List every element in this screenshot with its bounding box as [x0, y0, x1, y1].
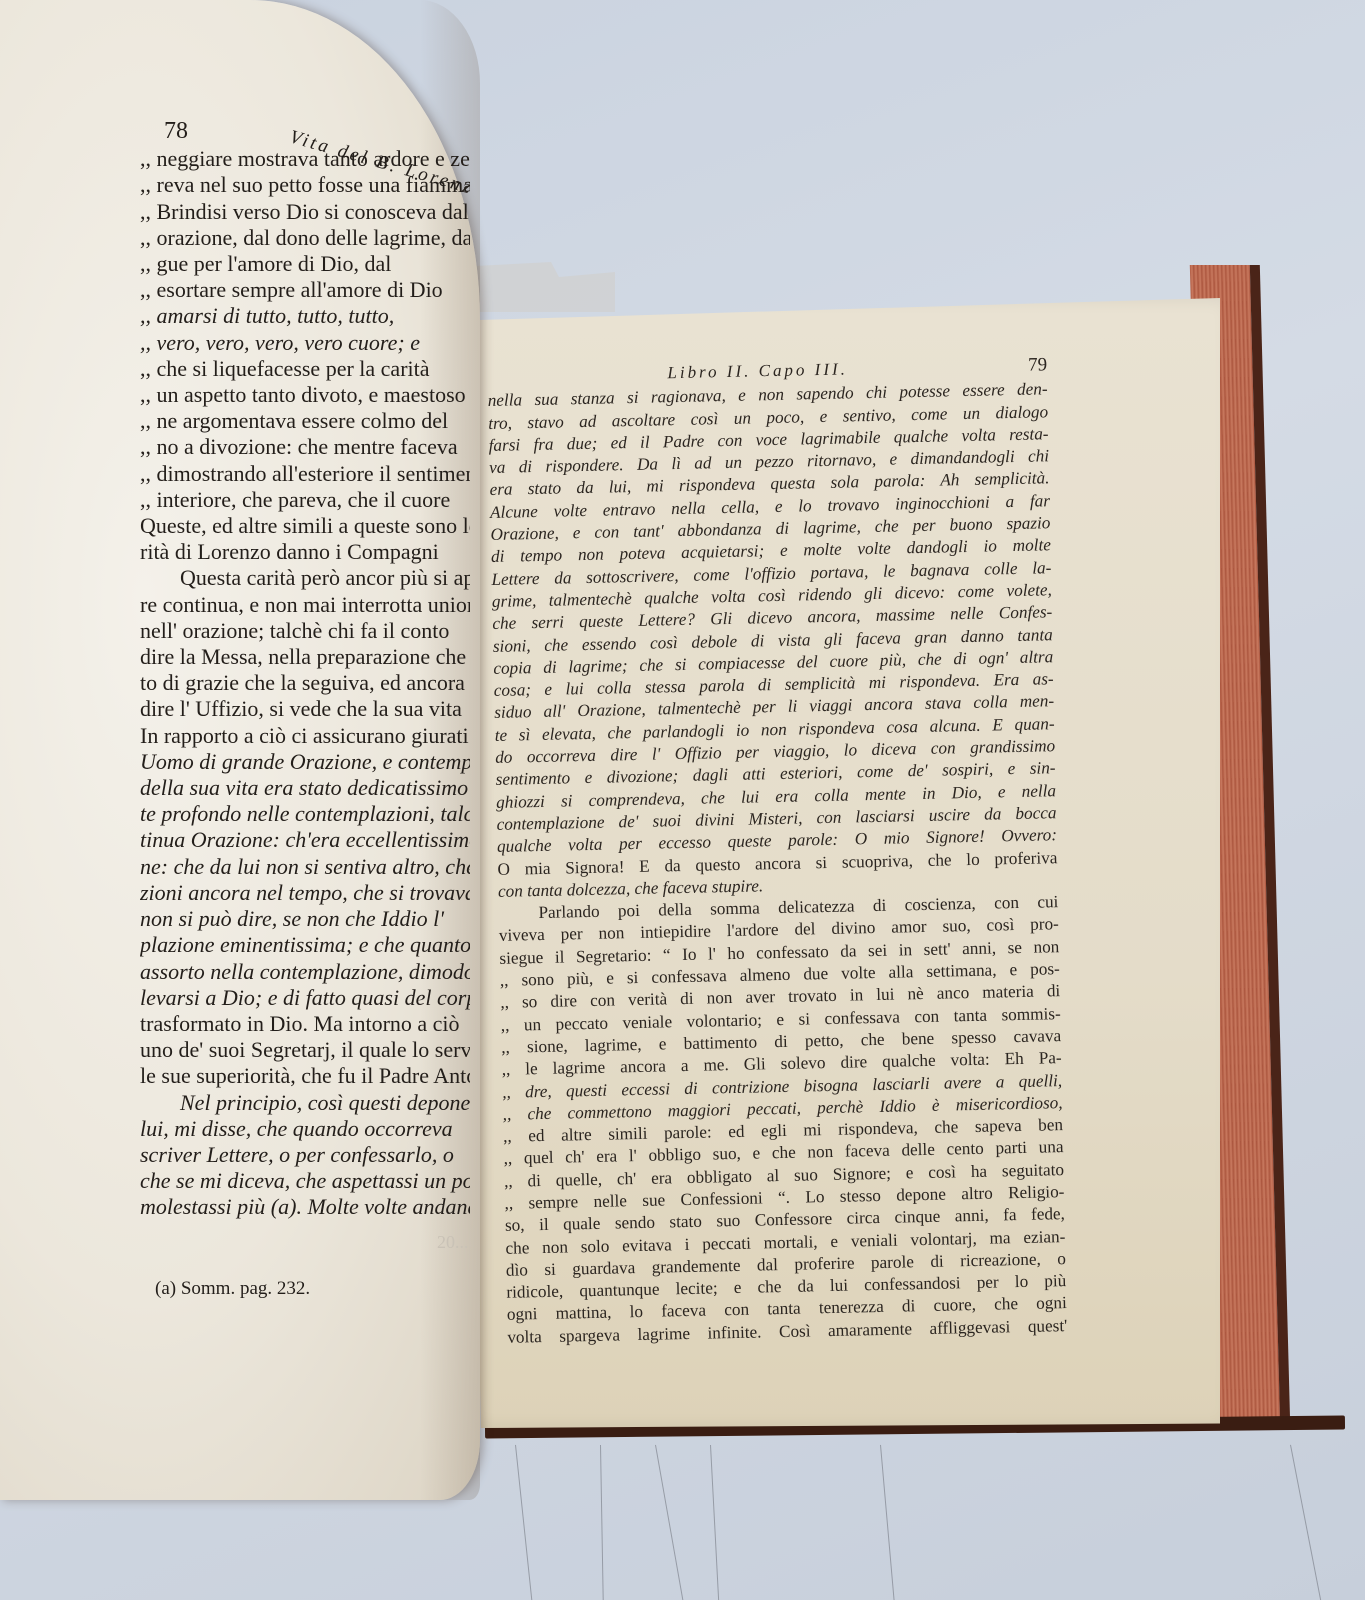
text-line: ,, interiore, che pareva, che il cuore	[140, 487, 470, 513]
text-line: ne: che da lui non si sentiva altro, che	[140, 854, 470, 880]
text-line: molestassi più (a). Molte volte andando	[140, 1194, 470, 1220]
text-line: dire l' Uffizio, si vede che la sua vita	[140, 696, 470, 722]
text-line: scriver Lettere, o per confessarlo, o	[140, 1142, 470, 1168]
left-page-text: 78 Vita del B. Lorenzo ,, neggiare mostr…	[140, 118, 470, 1318]
text-line: ,, no a divozione: che mentre faceva	[140, 434, 470, 460]
text-line: ,, che si liquefacesse per la carità	[140, 356, 470, 382]
table-seam-line	[655, 1445, 684, 1600]
text-line: Questa carità però ancor più si appale-	[140, 565, 470, 591]
text-line: ,, Brindisi verso Dio si conosceva dal	[140, 199, 470, 225]
page-number: 79	[1028, 354, 1047, 377]
text-line: ,, vero, vero, vero, vero cuore; e	[140, 330, 470, 356]
table-seam-line	[515, 1445, 533, 1600]
text-line: uno de' suoi Segretarj, il quale lo serv…	[140, 1037, 470, 1063]
footnote: (a) Somm. pag. 232.	[155, 1278, 310, 1300]
text-line: to di grazie che la seguiva, ed ancora n…	[140, 670, 470, 696]
text-line: plazione eminentissima; e che quanto	[140, 932, 470, 958]
text-line: della sua vita era stato dedicatissimo a…	[140, 775, 470, 801]
text-line: rità di Lorenzo danno i Compagni	[140, 539, 470, 565]
text-line: tinua Orazione: ch'era eccellentissimo	[140, 827, 470, 853]
table-seam-line	[1290, 1445, 1322, 1600]
text-line: ,, esortare sempre all'amore di Dio	[140, 277, 470, 303]
text-line: lui, mi disse, che quando occorreva	[140, 1116, 470, 1142]
table-seam-line	[600, 1445, 604, 1600]
text-line: ,, un aspetto tanto divoto, e maestoso	[140, 382, 470, 408]
text-line: ,, ne argomentava essere colmo del	[140, 408, 470, 434]
pencil-annotation: 20...	[437, 1232, 469, 1253]
table-seam-line	[880, 1445, 895, 1600]
text-line: te profondo nelle contemplazioni, talchè	[140, 801, 470, 827]
text-line: zioni ancora nel tempo, che si trovava	[140, 880, 470, 906]
text-line: le sue superiorità, che fu il Padre Anto…	[140, 1063, 470, 1089]
text-line: Queste, ed altre simili a queste sono le	[140, 513, 470, 539]
text-line: Nel principio, così questi depone,	[140, 1090, 470, 1116]
text-line: dire la Messa, nella preparazione che la	[140, 644, 470, 670]
right-page-text: Libro II. Capo III. 79 nella sua stanza …	[487, 354, 1067, 1349]
text-line: ,, amarsi di tutto, tutto, tutto,	[140, 303, 470, 329]
text-line: ,, gue per l'amore di Dio, dal	[140, 251, 470, 277]
text-line: non si può dire, se non che Iddio l'	[140, 906, 470, 932]
text-line: che se mi diceva, che aspettassi un poco	[140, 1168, 470, 1194]
text-line: re continua, e non mai interrotta unione	[140, 592, 470, 618]
text-line: Uomo di grande Orazione, e contempla-	[140, 749, 470, 775]
text-line: nell' orazione; talchè chi fa il conto	[140, 618, 470, 644]
table-seam-line	[710, 1445, 719, 1600]
text-line: assorto nella contemplazione, dimodochè	[140, 959, 470, 985]
text-line: In rapporto a ciò ci assicurano giurati	[140, 723, 470, 749]
text-line: ,, orazione, dal dono delle lagrime, dal	[140, 225, 470, 251]
text-line: trasformato in Dio. Ma intorno a ciò	[140, 1011, 470, 1037]
text-line: levarsi a Dio; e di fatto quasi del corp…	[140, 985, 470, 1011]
text-line: ,, dimostrando all'esteriore il sentimen…	[140, 461, 470, 487]
